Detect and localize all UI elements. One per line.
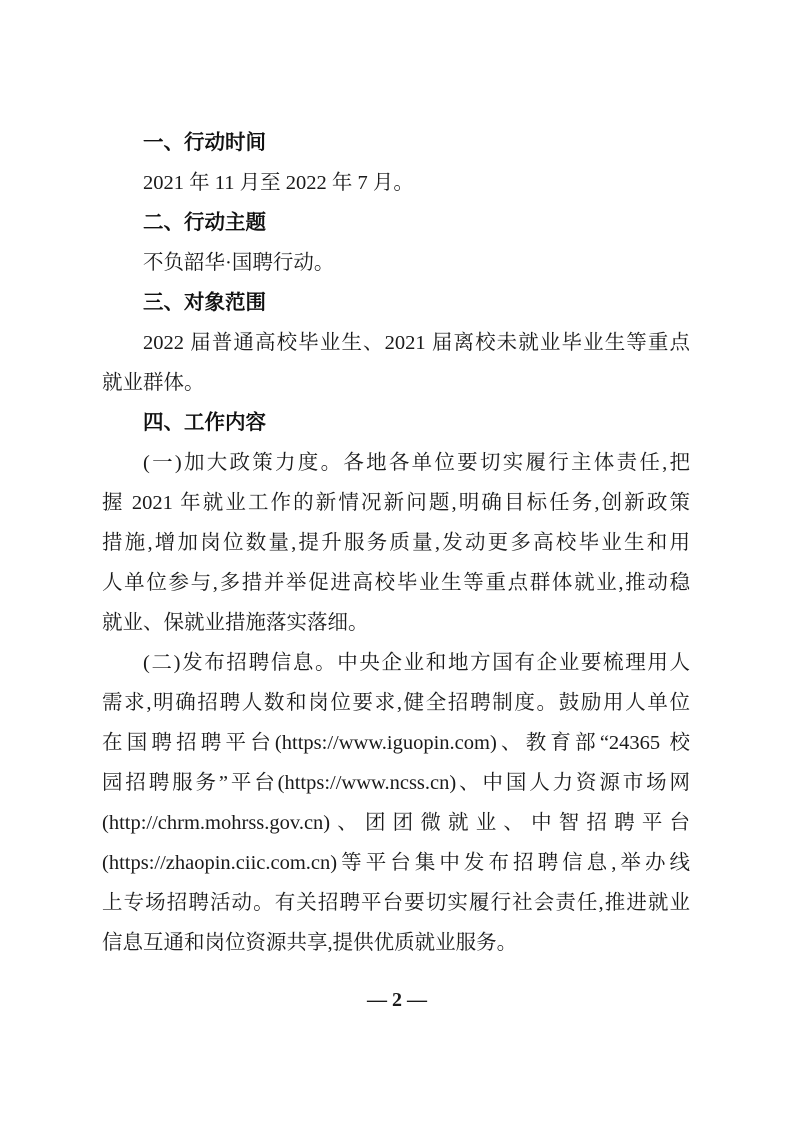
section-heading: 一、行动时间 <box>102 123 690 163</box>
body-text-line: 需求,明确招聘人数和岗位要求,健全招聘制度。鼓励用人单位 <box>102 683 690 723</box>
body-text-line: (一)加大政策力度。各地各单位要切实履行主体责任,把 <box>102 443 690 483</box>
page-number: — 2 — <box>0 989 794 1011</box>
body-text-line: 上专场招聘活动。有关招聘平台要切实履行社会责任,推进就业 <box>102 883 690 923</box>
body-text-line: 信息互通和岗位资源共享,提供优质就业服务。 <box>102 923 690 963</box>
section-heading: 四、工作内容 <box>102 403 690 443</box>
section-heading: 三、对象范围 <box>102 283 690 323</box>
body-text-line: (http://chrm.mohrss.gov.cn)、团团微就业、中智招聘平台 <box>102 803 690 843</box>
section-heading: 二、行动主题 <box>102 203 690 243</box>
body-text-line: (https://zhaopin.ciic.com.cn)等平台集中发布招聘信息… <box>102 843 690 883</box>
document-page: 一、行动时间2021 年 11 月至 2022 年 7 月。二、行动主题不负韶华… <box>0 0 794 1123</box>
body-text-line: 握 2021 年就业工作的新情况新问题,明确目标任务,创新政策 <box>102 483 690 523</box>
body-text-line: 人单位参与,多措并举促进高校毕业生等重点群体就业,推动稳 <box>102 563 690 603</box>
document-body: 一、行动时间2021 年 11 月至 2022 年 7 月。二、行动主题不负韶华… <box>102 123 690 963</box>
body-text-line: 园招聘服务”平台(https://www.ncss.cn)、中国人力资源市场网 <box>102 763 690 803</box>
body-text-line: 2021 年 11 月至 2022 年 7 月。 <box>102 163 690 203</box>
body-text-line: 就业、保就业措施落实落细。 <box>102 603 690 643</box>
body-text-line: 在国聘招聘平台(https://www.iguopin.com)、教育部“243… <box>102 723 690 763</box>
body-text-line: 措施,增加岗位数量,提升服务质量,发动更多高校毕业生和用 <box>102 523 690 563</box>
body-text-line: 2022 届普通高校毕业生、2021 届离校未就业毕业生等重点 <box>102 323 690 363</box>
body-text-line: 就业群体。 <box>102 363 690 403</box>
body-text-line: 不负韶华·国聘行动。 <box>102 243 690 283</box>
body-text-line: (二)发布招聘信息。中央企业和地方国有企业要梳理用人 <box>102 643 690 683</box>
